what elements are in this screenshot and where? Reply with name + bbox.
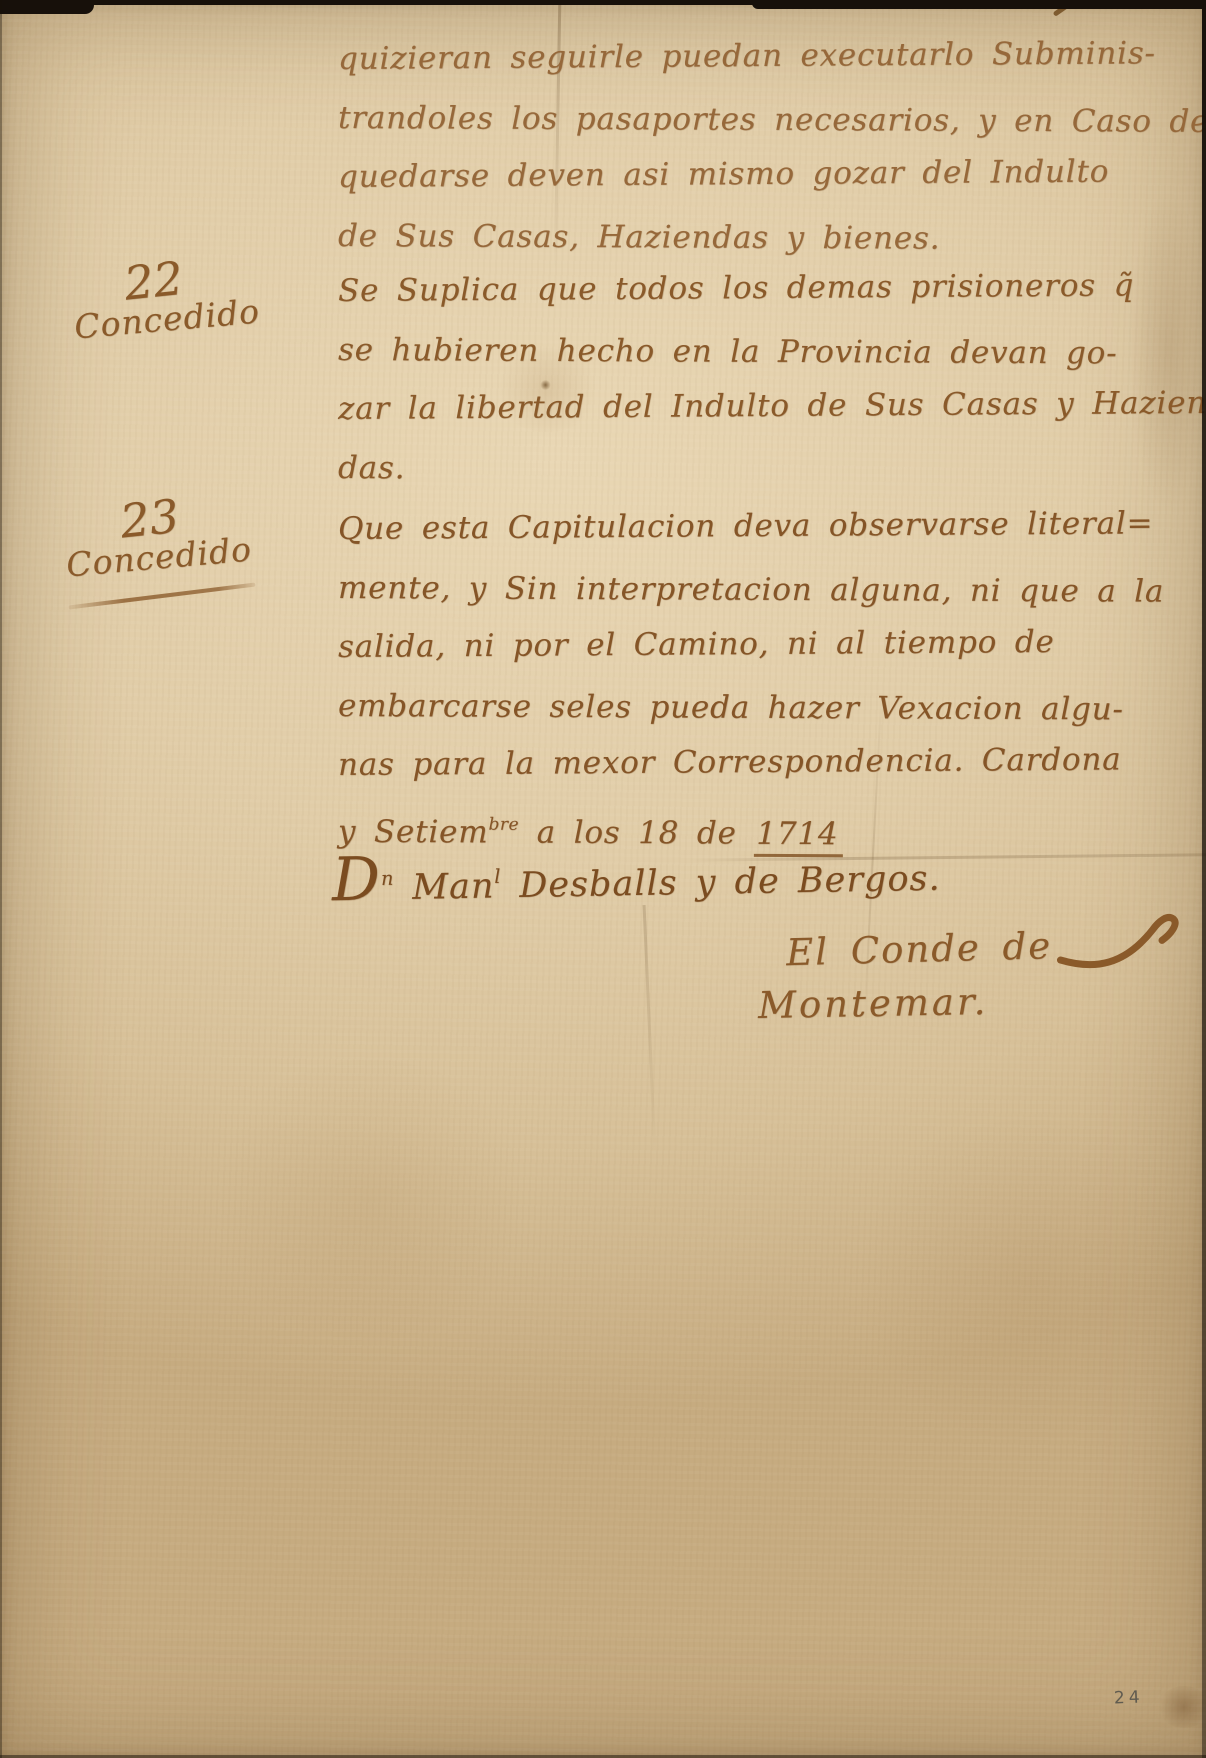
scan-edge xyxy=(752,0,1206,9)
scan-edge xyxy=(0,0,1206,5)
paragraph-article-22: Se Suplica que todos los demas prisioner… xyxy=(338,262,1068,498)
dateline: y Setiembre a los 18 de 1714 xyxy=(338,795,1068,857)
manuscript-line: quizieran seguirle puedan executarlo Sub… xyxy=(338,25,1068,89)
paper-stain xyxy=(200,1060,540,1340)
margin-annotation-22: 22 Concedido xyxy=(74,252,294,338)
manuscript-line: zar la libertad del Indulto de Sus Casas… xyxy=(338,375,1068,439)
signature-initial: D xyxy=(331,844,381,915)
manuscript-line: salida, ni por el Camino, ni al tiempo d… xyxy=(338,613,1068,677)
manuscript-line: quedarse deven asi mismo gozar del Indul… xyxy=(338,143,1068,207)
paper-stain xyxy=(1128,190,1206,510)
paper-stain xyxy=(1158,1686,1206,1728)
signature-conde-line1: El Conde de xyxy=(785,907,1184,979)
underline-flourish xyxy=(68,583,255,610)
paper: 22 Concedido 23 Concedido quizieran segu… xyxy=(0,0,1206,1758)
signature-name: Man xyxy=(394,866,495,908)
manuscript-line: trandoles los pasaportes necesarios, y e… xyxy=(338,89,1068,151)
paper-stain xyxy=(840,1120,1206,1440)
folio-number: 24 xyxy=(1114,1687,1144,1708)
scan-edge xyxy=(0,0,94,14)
manuscript-line: mente, y Sin interpretacion alguna, ni q… xyxy=(338,559,1068,621)
manuscript-line: se hubieren hecho en la Provincia devan … xyxy=(338,321,1068,383)
paragraph-article-23: Que esta Capitulacion deva observarse li… xyxy=(338,500,1068,854)
superscript-n: n xyxy=(381,867,394,890)
scan-edge xyxy=(0,0,2,1758)
manuscript-line: embarcarse seles pueda hazer Vexacion al… xyxy=(338,677,1068,739)
signature-text: El Conde de xyxy=(786,924,1053,974)
scan-edge xyxy=(1202,0,1206,1758)
dateline-text: a los 18 de xyxy=(519,815,754,852)
manuscript-line: das. xyxy=(338,439,1068,501)
signature-name: Desballs y de Bergos. xyxy=(501,859,941,907)
signature-conde-line2: Montemar. xyxy=(758,980,989,1027)
superscript-bre: bre xyxy=(488,815,519,835)
year-1714: 1714 xyxy=(754,816,843,857)
paragraph-continuation: quizieran seguirle puedan executarlo Sub… xyxy=(338,30,1068,266)
fold-crease xyxy=(643,905,657,1155)
concedido-note: Concedido xyxy=(73,288,296,347)
manuscript-line: Se Suplica que todos los demas prisioner… xyxy=(338,257,1068,321)
signature-secretary: Dn Manl Desballs y de Bergos. xyxy=(332,853,941,910)
manuscript-line: Que esta Capitulacion deva observarse li… xyxy=(338,495,1068,559)
ink-mark xyxy=(1053,0,1074,17)
manuscript-line: nas para la mexor Correspondencia. Cardo… xyxy=(338,731,1068,795)
margin-annotation-23: 23 Concedido xyxy=(66,490,286,576)
signature-flourish xyxy=(1055,907,1185,972)
scanned-manuscript-page: 22 Concedido 23 Concedido quizieran segu… xyxy=(0,0,1206,1758)
concedido-note: Concedido xyxy=(65,526,288,585)
